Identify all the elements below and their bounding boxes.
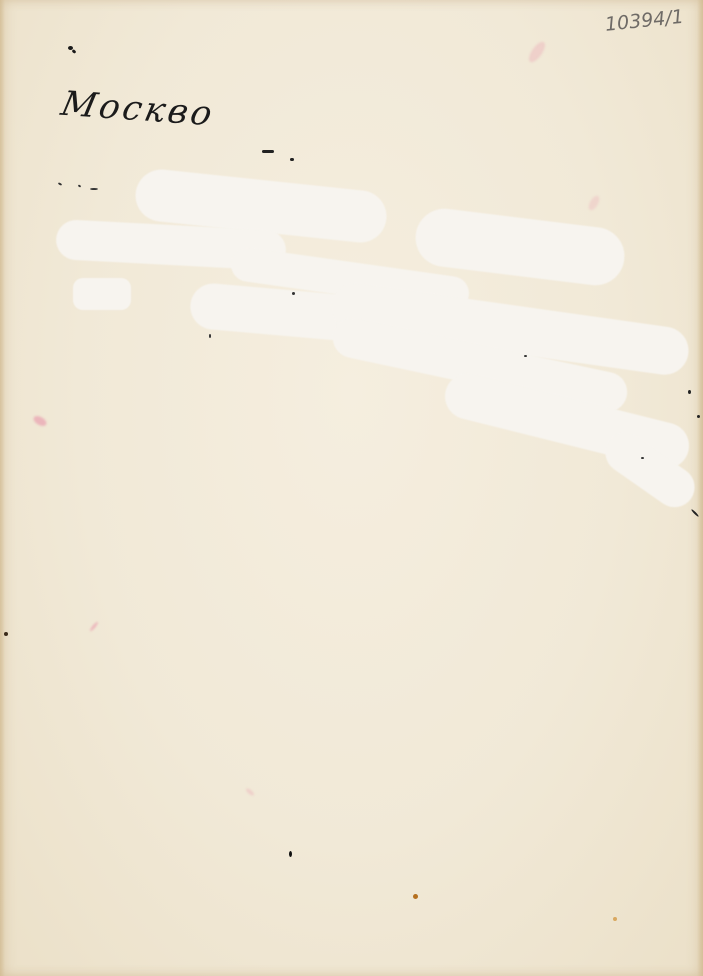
pink-mark — [32, 414, 48, 428]
ink-blot — [289, 851, 292, 857]
ink-speck — [292, 292, 295, 295]
ink-speck — [524, 355, 527, 357]
pink-mark — [526, 39, 548, 64]
handwriting-dot — [290, 158, 294, 161]
ink-tick — [90, 188, 98, 190]
paper-edge-right — [697, 0, 703, 976]
handwritten-city-name: Москво — [58, 84, 219, 134]
rust-speck — [613, 917, 617, 921]
pink-mark — [587, 194, 602, 212]
catalog-number: 10394/1 — [604, 6, 685, 36]
ink-blot — [72, 49, 77, 54]
pink-mark — [89, 621, 99, 632]
paper-edge-left — [0, 0, 5, 976]
ink-tick — [58, 182, 62, 186]
correction-paint-smear — [73, 278, 131, 310]
ink-blot — [4, 632, 8, 636]
pink-mark — [245, 787, 255, 796]
handwriting-dash — [262, 150, 274, 153]
ink-tick — [78, 184, 82, 187]
ink-speck — [688, 390, 691, 394]
ink-speck — [641, 457, 644, 459]
photo-card-back: 10394/1 Москво — [0, 0, 703, 976]
rust-speck — [413, 894, 418, 899]
ink-speck — [697, 415, 700, 418]
ink-speck — [209, 334, 211, 338]
